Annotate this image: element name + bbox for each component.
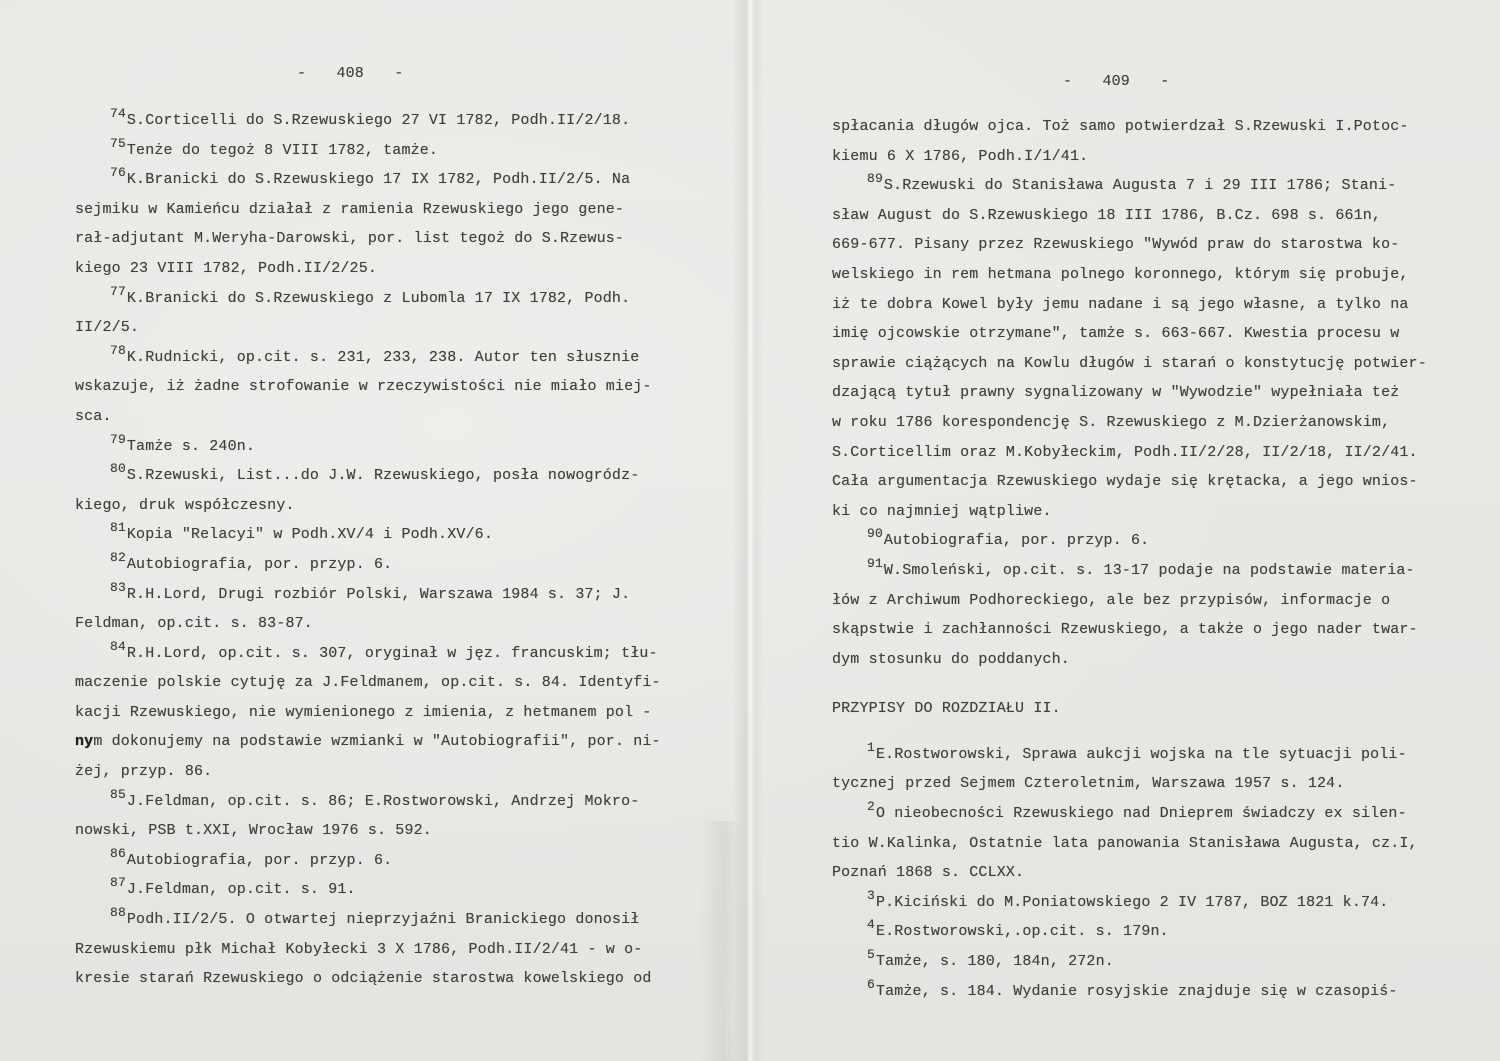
right-page: - 409 - spłacania długów ojca. Toż samo … [832, 72, 1440, 1006]
footnote-line: 76K.Branicki do S.Rzewuskiego 17 IX 1782… [75, 165, 675, 195]
footnote-number: 2 [867, 792, 875, 822]
footnote-line: 4E.Rostworowski,.op.cit. s. 179n. [832, 917, 1440, 947]
footnote-line: ki co najmniej wątpliwe. [832, 497, 1440, 527]
footnote-line: w roku 1786 korespondencję S. Rzewuskieg… [832, 408, 1440, 438]
footnote-line: welskiego in rem hetmana polnego koronne… [832, 260, 1440, 290]
footnote-number: 90 [867, 519, 883, 549]
footnote-number: 76 [110, 158, 126, 188]
footnote-line: maczenie polskie cytuję za J.Feldmanem, … [75, 668, 675, 698]
footnote-line: 77K.Branicki do S.Rzewuskiego z Lubomla … [75, 284, 675, 314]
footnote-line: 84R.H.Lord, op.cit. s. 307, oryginał w j… [75, 639, 675, 669]
section-heading: PRZYPISY DO ROZDZIAŁU II. [832, 694, 1440, 724]
right-page-text: spłacania długów ojca. Toż samo potwierd… [832, 112, 1440, 1006]
footnote-line: iż te dobra Kowel były jemu nadane i są … [832, 290, 1440, 320]
footnote-line: 2O nieobecności Rzewuskiego nad Dnieprem… [832, 799, 1440, 829]
footnote-number: 84 [110, 632, 126, 662]
footnote-line: 81Kopia "Relacyi" w Podh.XV/4 i Podh.XV/… [75, 520, 675, 550]
footnote-line: kiemu 6 X 1786, Podh.I/1/41. [832, 142, 1440, 172]
footnote-line: 3P.Kiciński do M.Poniatowskiego 2 IV 178… [832, 888, 1440, 918]
footnote-line: kiego, druk współczesny. [75, 491, 675, 521]
left-page-text: 74S.Corticelli do S.Rzewuskiego 27 VI 17… [75, 106, 675, 994]
footnote-number: 5 [867, 940, 875, 970]
footnote-line: sprawie ciążących na Kowlu długów i star… [832, 349, 1440, 379]
footnote-line: II/2/5. [75, 313, 675, 343]
footnote-line: tycznej przed Sejmem Czteroletnim, Warsz… [832, 769, 1440, 799]
footnote-line: sejmiku w Kamieńcu działał z ramienia Rz… [75, 195, 675, 225]
footnote-number: 85 [110, 780, 126, 810]
footnote-number: 74 [110, 99, 126, 129]
footnote-line: 5Tamże, s. 180, 184n, 272n. [832, 947, 1440, 977]
footnote-line: imię ojcowskie otrzymane", tamże s. 663-… [832, 319, 1440, 349]
footnote-line: 85J.Feldman, op.cit. s. 86; E.Rostworows… [75, 787, 675, 817]
scanned-book-spread: { "colors": { "paper": "#e8e7e4", "ink":… [0, 0, 1500, 1061]
footnote-line: 82Autobiografia, por. przyp. 6. [75, 550, 675, 580]
footnote-number: 91 [867, 549, 883, 579]
page-number-left: - 408 - [297, 64, 675, 84]
footnote-number: 82 [110, 543, 126, 573]
footnote-number: 81 [110, 513, 126, 543]
footnote-line: Feldman, op.cit. s. 83-87. [75, 609, 675, 639]
gutter-shadow [700, 821, 742, 1061]
footnote-line: Poznań 1868 s. CCLXX. [832, 858, 1440, 888]
footnote-line: żej, przyp. 86. [75, 757, 675, 787]
footnote-line: 89S.Rzewuski do Stanisława Augusta 7 i 2… [832, 171, 1440, 201]
footnote-line: 6Tamże, s. 184. Wydanie rosyjskie znajdu… [832, 977, 1440, 1007]
footnote-line: skąpstwie i zachłanności Rzewuskiego, a … [832, 615, 1440, 645]
footnote-number: 83 [110, 573, 126, 603]
footnote-number: 4 [867, 910, 875, 940]
footnote-line: kiego 23 VIII 1782, Podh.II/2/25. [75, 254, 675, 284]
footnote-line: S.Corticellim oraz M.Kobyłeckim, Podh.II… [832, 438, 1440, 468]
footnote-line: 90Autobiografia, por. przyp. 6. [832, 526, 1440, 556]
footnote-number: 6 [867, 970, 875, 1000]
footnote-line: 1E.Rostworowski, Sprawa aukcji wojska na… [832, 740, 1440, 770]
footnote-line: dym stosunku do poddanych. [832, 645, 1440, 675]
footnote-number: 1 [867, 733, 875, 763]
footnote-line: 74S.Corticelli do S.Rzewuskiego 27 VI 17… [75, 106, 675, 136]
footnote-line: sca. [75, 402, 675, 432]
footnote-number: 79 [110, 425, 126, 455]
footnote-number: 78 [110, 336, 126, 366]
footnote-line: Rzewuskiemu płk Michał Kobyłecki 3 X 178… [75, 935, 675, 965]
footnote-line: kacji Rzewuskiego, nie wymienionego z im… [75, 698, 675, 728]
footnote-line: 669-677. Pisany przez Rzewuskiego "Wywód… [832, 230, 1440, 260]
footnote-line: łów z Archiwum Podhoreckiego, ale bez pr… [832, 586, 1440, 616]
handwritten-correction: ny [75, 733, 93, 750]
footnote-line: tio W.Kalinka, Ostatnie lata panowania S… [832, 829, 1440, 859]
footnote-number: 86 [110, 839, 126, 869]
footnote-number: 87 [110, 868, 126, 898]
footnote-line: dzającą tytuł prawny sygnalizowany w "Wy… [832, 378, 1440, 408]
footnote-line: 83R.H.Lord, Drugi rozbiór Polski, Warsza… [75, 580, 675, 610]
footnote-line: sław August do S.Rzewuskiego 18 III 1786… [832, 201, 1440, 231]
footnote-line: 86Autobiografia, por. przyp. 6. [75, 846, 675, 876]
footnote-line: Cała argumentacja Rzewuskiego wydaje się… [832, 467, 1440, 497]
footnote-number: 88 [110, 898, 126, 928]
footnote-line: 88Podh.II/2/5. O otwartej nieprzyjaźni B… [75, 905, 675, 935]
footnote-number: 75 [110, 129, 126, 159]
footnote-line: 78K.Rudnicki, op.cit. s. 231, 233, 238. … [75, 343, 675, 373]
footnote-line: 79Tamże s. 240n. [75, 432, 675, 462]
footnote-line: 75Tenże do tegoż 8 VIII 1782, tamże. [75, 136, 675, 166]
footnote-line: nym dokonujemy na podstawie wzmianki w "… [75, 727, 675, 757]
footnote-line: wskazuje, iż żadne strofowanie w rzeczyw… [75, 372, 675, 402]
footnote-line: 80S.Rzewuski, List...do J.W. Rzewuskiego… [75, 461, 675, 491]
left-page: - 408 - 74S.Corticelli do S.Rzewuskiego … [75, 64, 675, 994]
footnote-line: spłacania długów ojca. Toż samo potwierd… [832, 112, 1440, 142]
footnote-number: 3 [867, 881, 875, 911]
footnote-number: 77 [110, 277, 126, 307]
footnote-number: 80 [110, 454, 126, 484]
footnote-number: 89 [867, 164, 883, 194]
footnote-line: rał-adjutant M.Weryha-Darowski, por. lis… [75, 224, 675, 254]
page-number-right: - 409 - [1063, 72, 1440, 92]
footnote-line: nowski, PSB t.XXI, Wrocław 1976 s. 592. [75, 816, 675, 846]
footnote-line: kresie starań Rzewuskiego o odciążenie s… [75, 964, 675, 994]
footnote-line: 87J.Feldman, op.cit. s. 91. [75, 875, 675, 905]
footnote-line: 91W.Smoleński, op.cit. s. 13-17 podaje n… [832, 556, 1440, 586]
